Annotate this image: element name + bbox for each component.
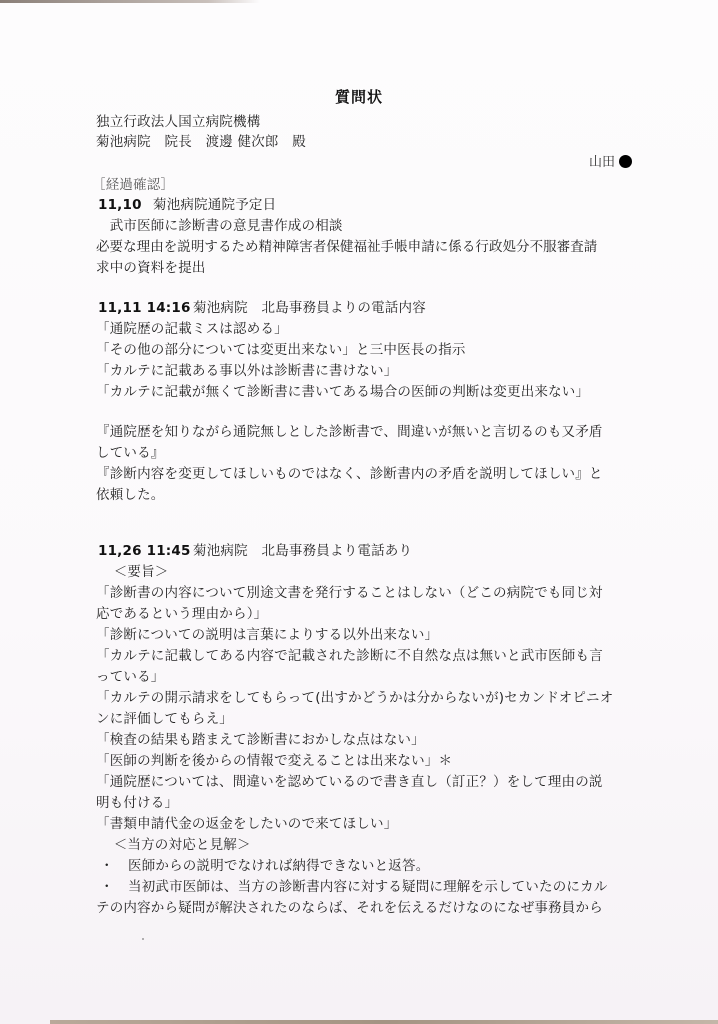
quote-line: 「カルテの開示請求をしてもらって(出すかどうかは分からないが)セカンドオピニオ bbox=[96, 689, 613, 707]
entry-line: 武市医師に診断書の意見書作成の相談 bbox=[96, 217, 343, 235]
entry-heading: 菊池病院通院予定日 bbox=[153, 196, 276, 214]
seal-icon bbox=[619, 155, 632, 168]
quote-line: 「通院歴については、間違いを認めているので書き直し（訂正？）をして理由の説 bbox=[96, 773, 603, 791]
quote-line: ンに評価してもらえ」 bbox=[96, 710, 233, 728]
summary-label: ＜要旨＞ bbox=[100, 563, 169, 581]
quote-line: 明も付ける」 bbox=[96, 794, 178, 812]
quote-line: っている」 bbox=[96, 668, 165, 686]
recipient-addressee: 菊池病院 院長 渡邊 健次郎 殿 bbox=[96, 133, 306, 151]
response-label: ＜当方の対応と見解＞ bbox=[100, 836, 251, 854]
quote-line: 「検査の結果も踏まえて診断書におかしな点はない」 bbox=[96, 731, 425, 749]
entry-datetime: 11,26 11:45 bbox=[98, 542, 191, 560]
entry-datetime: 11,11 14:16 bbox=[98, 299, 191, 317]
entry-line: 求中の資料を提出 bbox=[96, 259, 206, 277]
section-heading: ［経過確認］ bbox=[92, 176, 174, 194]
request-line: 『通院歴を知りながら通院無しとした診断書で、間違いが無いと言切るのも又矛盾 bbox=[96, 423, 603, 441]
response-continuation: テの内容から疑問が解決されたのならば、それを伝えるだけなのになぜ事務員から bbox=[96, 899, 603, 917]
document-title: 質問状 bbox=[0, 86, 718, 107]
quote-line: 「カルテに記載してある内容で記載された診断に不自然な点は無いと武市医師も言 bbox=[96, 647, 603, 665]
entry-heading: 菊池病院 北島事務員よりの電話内容 bbox=[193, 299, 426, 317]
entry-line: 必要な理由を説明するため精神障害者保健福祉手帳申請に係る行政処分不服審査請 bbox=[96, 238, 597, 256]
response-item: 当初武市医師は、当方の診断書内容に対する疑問に理解を示していたのにカル bbox=[128, 878, 608, 896]
quote-line: 「医師の判断を後からの情報で変えることは出来ない」＊ bbox=[96, 752, 452, 770]
paper-top-edge bbox=[0, 0, 260, 3]
request-line: 依頼した。 bbox=[96, 486, 165, 504]
bullet-icon: ・ bbox=[100, 878, 114, 896]
quote-line: 「その他の部分については変更出来ない」と三中医長の指示 bbox=[96, 341, 466, 359]
paper-bottom-edge bbox=[50, 1020, 718, 1024]
quote-line: 「通院歴の記載ミスは認める」 bbox=[96, 320, 288, 338]
quote-line: 応であるという理由から）」 bbox=[96, 605, 267, 623]
response-item: 医師からの説明でなければ納得できないと返答。 bbox=[128, 857, 429, 875]
entry-heading: 菊池病院 北島事務員より電話あり bbox=[193, 542, 412, 560]
quote-line: 「書類申請代金の返金をしたいので来てほしい」 bbox=[96, 815, 397, 833]
stray-mark bbox=[142, 938, 144, 940]
recipient-organization: 独立行政法人国立病院機構 bbox=[96, 113, 260, 131]
quote-line: 「診断についての説明は言葉によりする以外出来ない」 bbox=[96, 626, 438, 644]
request-line: 『診断内容を変更してほしいものではなく、診断書内の矛盾を説明してほしい』と bbox=[96, 465, 603, 483]
quote-line: 「カルテに記載ある事以外は診断書に書けない」 bbox=[96, 362, 397, 380]
request-line: している』 bbox=[96, 444, 165, 462]
sender: 山田 bbox=[589, 151, 632, 170]
entry-datetime: 11,10 bbox=[98, 196, 142, 214]
document-page: 質問状 独立行政法人国立病院機構 菊池病院 院長 渡邊 健次郎 殿 山田 ［経過… bbox=[0, 0, 718, 1024]
sender-name: 山田 bbox=[589, 155, 615, 170]
bullet-icon: ・ bbox=[100, 857, 114, 875]
quote-line: 「カルテに記載が無くて診断書に書いてある場合の医師の判断は変更出来ない」 bbox=[96, 383, 589, 401]
quote-line: 「診断書の内容について別途文書を発行することはしない（どこの病院でも同じ対 bbox=[96, 584, 603, 602]
